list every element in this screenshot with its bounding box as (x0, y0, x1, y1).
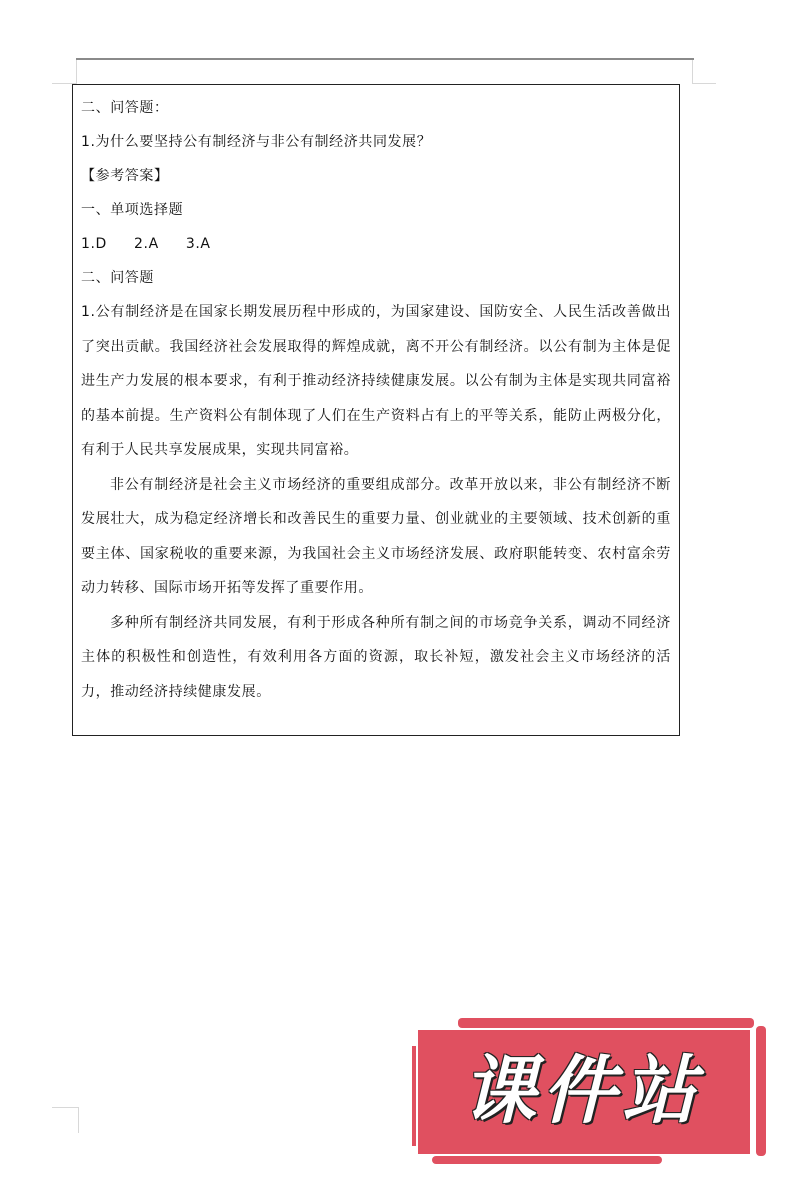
answer-paragraph-2: 非公有制经济是社会主义市场经济的重要组成部分。改革开放以来，非公有制经济不断发展… (81, 468, 671, 606)
answer-paragraph-3: 多种所有制经济共同发展，有利于形成各种所有制之间的市场竞争关系，调动不同经济主体… (81, 606, 671, 710)
stamp-brush-top (458, 1018, 754, 1028)
choice-answer-2: 2.A (134, 227, 159, 261)
crop-mark-top-left (76, 60, 77, 84)
stamp-brush-left (412, 1046, 416, 1146)
stamp-brush-bottom (432, 1156, 662, 1164)
choice-answers: 1.D 2.A 3.A (81, 227, 671, 261)
crop-mark-top-right (692, 60, 693, 84)
watermark-text: 课件站 (432, 1046, 732, 1136)
qa-answer-title: 二、问答题 (81, 261, 671, 295)
crop-mark-bottom-left (52, 1107, 78, 1108)
section-qa-title: 二、问答题： (81, 91, 671, 125)
page-header-rule (76, 58, 694, 60)
stamp-brush-right (756, 1026, 766, 1156)
choice-answer-3: 3.A (186, 227, 211, 261)
crop-mark-bottom-left-vertical (78, 1107, 79, 1133)
choice-answer-1: 1.D (81, 227, 107, 261)
single-choice-title: 一、单项选择题 (81, 193, 671, 227)
answer-box: 二、问答题： 1.为什么要坚持公有制经济与非公有制经济共同发展？ 【参考答案】 … (72, 84, 680, 736)
watermark-stamp: 课件站 (412, 1016, 772, 1166)
question-1: 1.为什么要坚持公有制经济与非公有制经济共同发展？ (81, 125, 671, 159)
reference-answer-label: 【参考答案】 (81, 159, 671, 193)
answer-paragraph-1: 1.公有制经济是在国家长期发展历程中形成的，为国家建设、国防安全、人民生活改善做… (81, 295, 671, 468)
crop-mark-top-right-horizontal (692, 83, 716, 84)
